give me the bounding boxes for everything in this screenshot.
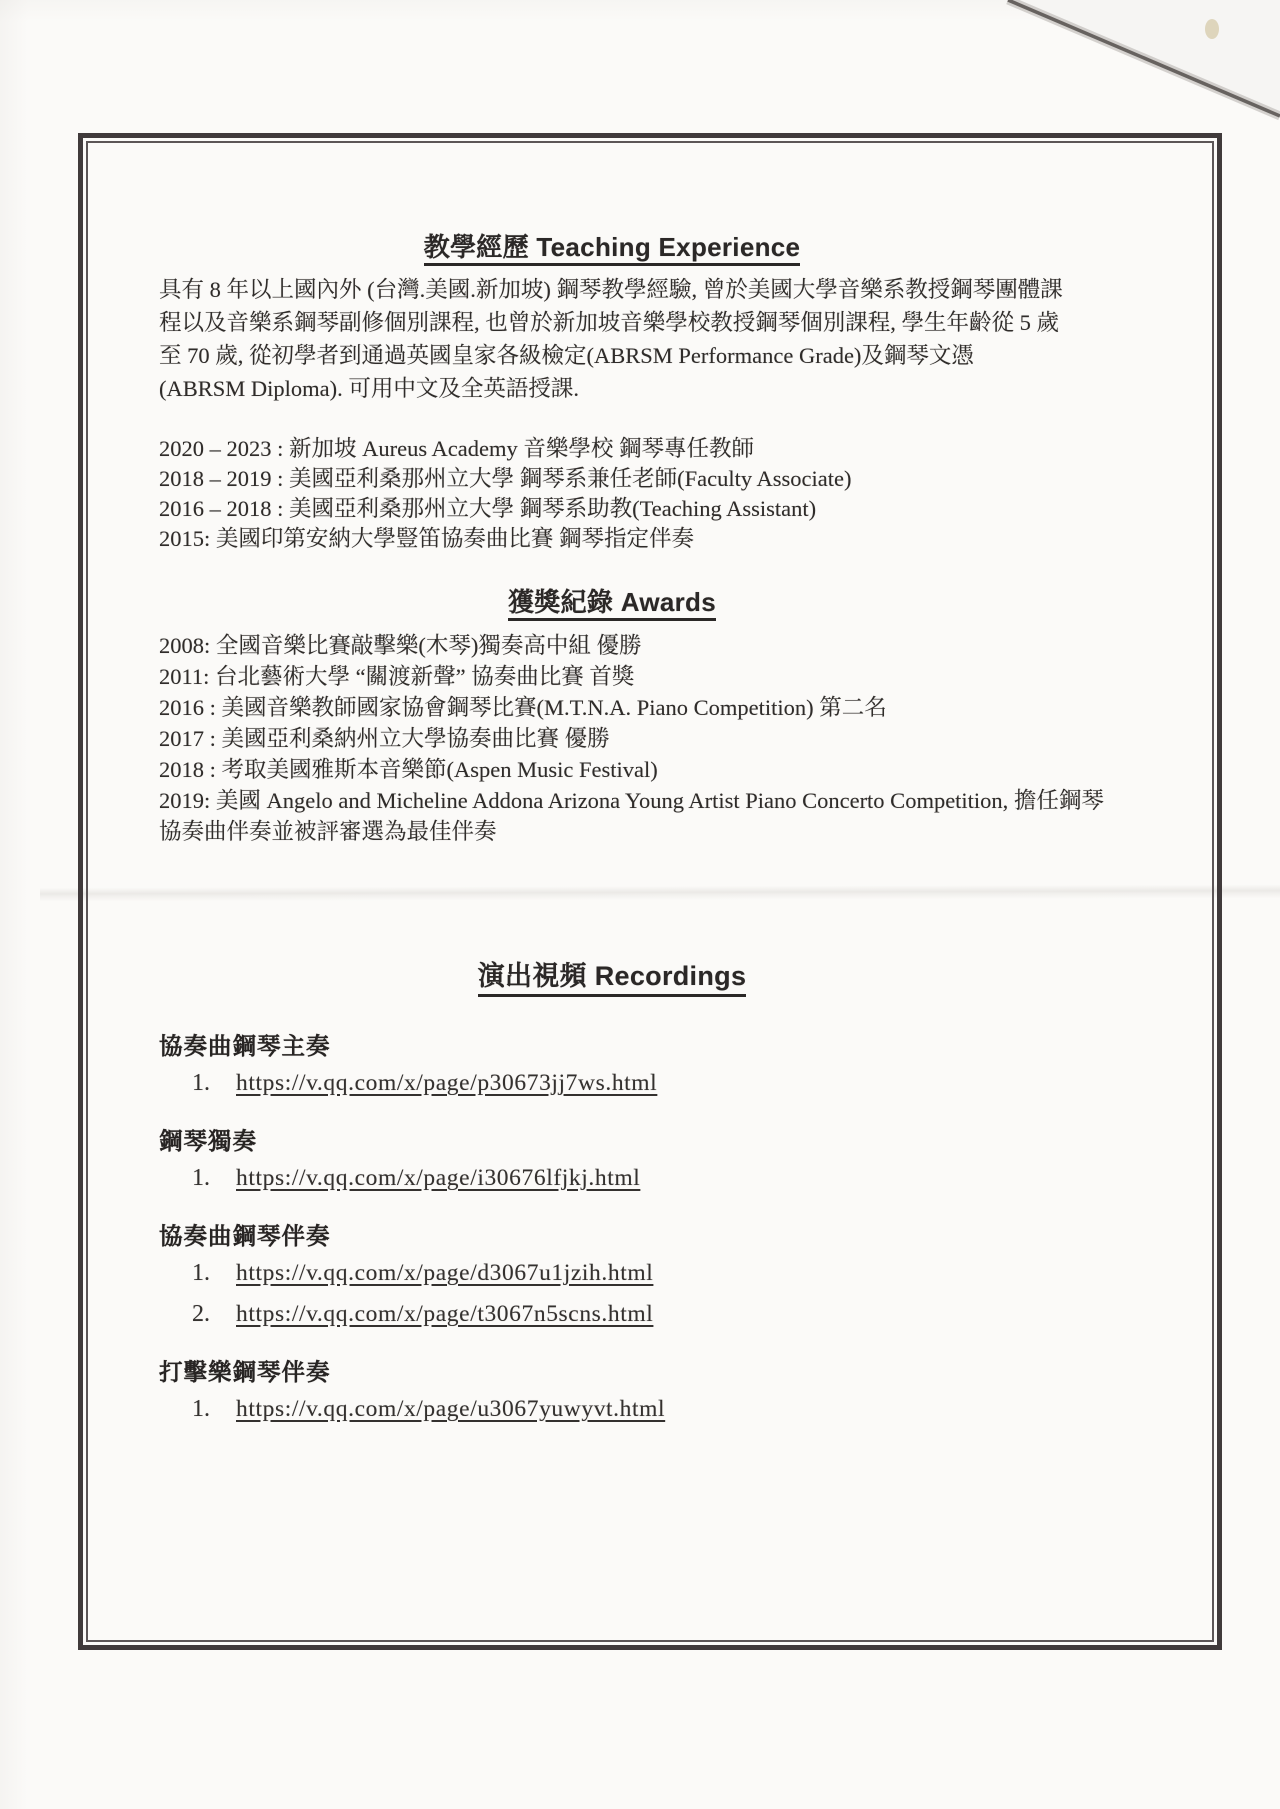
recording-link-row: 1. https://v.qq.com/x/page/p30673jj7ws.h… [159,1070,1065,1097]
recording-link[interactable]: https://v.qq.com/x/page/p30673jj7ws.html [236,1070,657,1097]
recording-link[interactable]: https://v.qq.com/x/page/d3067u1jzih.html [236,1260,653,1287]
awards-heading: 獲獎紀錄 Awards [159,587,1065,621]
recording-link-number: 2. [192,1301,222,1328]
folded-corner [0,0,1280,150]
teaching-section: 教學經歷 Teaching Experience 具有 8 年以上國內外 (台灣… [159,232,1065,554]
scanned-page-content: 教學經歷 Teaching Experience 具有 8 年以上國內外 (台灣… [88,143,1212,1640]
recording-group-title: 鋼琴獨奏 [159,1127,1065,1155]
recording-link-number: 1. [192,1070,222,1097]
position-item: 2018 – 2019 : 美國亞利桑那州立大學 鋼琴系兼任老師(Faculty… [159,464,1065,494]
teaching-intro: 具有 8 年以上國內外 (台灣.美國.新加坡) 鋼琴教學經驗, 曾於美國大學音樂… [159,273,1065,405]
recording-link[interactable]: https://v.qq.com/x/page/t3067n5scns.html [236,1301,653,1328]
recording-link-number: 1. [192,1396,222,1423]
recordings-section: 演出視頻 Recordings 協奏曲鋼琴主奏 1. https://v.qq.… [159,959,1065,1423]
position-item: 2020 – 2023 : 新加坡 Aureus Academy 音樂學校 鋼琴… [159,434,1065,464]
position-item: 2015: 美國印第安納大學豎笛協奏曲比賽 鋼琴指定伴奏 [159,524,1065,554]
page-border-inner: 教學經歷 Teaching Experience 具有 8 年以上國內外 (台灣… [86,141,1214,1642]
recording-link-row: 1. https://v.qq.com/x/page/u3067yuwyvt.h… [159,1396,1065,1423]
recording-group-percussion-accompaniment: 打擊樂鋼琴伴奏 1. https://v.qq.com/x/page/u3067… [159,1358,1065,1423]
recording-link[interactable]: https://v.qq.com/x/page/i30676lfjkj.html [236,1165,640,1192]
awards-section: 獲獎紀錄 Awards 2008: 全國音樂比賽敲擊樂(木琴)獨奏高中組 優勝 … [159,587,1065,847]
recording-group-title: 打擊樂鋼琴伴奏 [159,1358,1065,1386]
awards-list: 2008: 全國音樂比賽敲擊樂(木琴)獨奏高中組 優勝 2011: 台北藝術大學… [159,630,1123,847]
recording-link-row: 2. https://v.qq.com/x/page/t3067n5scns.h… [159,1301,1065,1328]
paper-speck [1205,19,1219,39]
award-item: 2017 : 美國亞利桑納州立大學協奏曲比賽 優勝 [159,723,1123,754]
teaching-heading: 教學經歷 Teaching Experience [159,232,1065,266]
recordings-heading: 演出視頻 Recordings [159,959,1065,997]
teaching-positions-list: 2020 – 2023 : 新加坡 Aureus Academy 音樂學校 鋼琴… [159,434,1065,554]
award-item: 2008: 全國音樂比賽敲擊樂(木琴)獨奏高中組 優勝 [159,630,1123,661]
position-item: 2016 – 2018 : 美國亞利桑那州立大學 鋼琴系助教(Teaching … [159,494,1065,524]
recording-group-piano-solo: 鋼琴獨奏 1. https://v.qq.com/x/page/i30676lf… [159,1127,1065,1192]
award-item: 2011: 台北藝術大學 “關渡新聲” 協奏曲比賽 首獎 [159,661,1123,692]
recording-group-title: 協奏曲鋼琴伴奏 [159,1222,1065,1250]
recording-link-number: 1. [192,1260,222,1287]
award-item: 2018 : 考取美國雅斯本音樂節(Aspen Music Festival) [159,754,1123,785]
recording-link-row: 1. https://v.qq.com/x/page/d3067u1jzih.h… [159,1260,1065,1287]
recording-link-row: 1. https://v.qq.com/x/page/i30676lfjkj.h… [159,1165,1065,1192]
recording-group-title: 協奏曲鋼琴主奏 [159,1032,1065,1060]
recording-group-concerto-solo: 協奏曲鋼琴主奏 1. https://v.qq.com/x/page/p3067… [159,1032,1065,1097]
award-item: 2019: 美國 Angelo and Micheline Addona Ari… [159,785,1123,847]
recording-link-number: 1. [192,1165,222,1192]
award-item: 2016 : 美國音樂教師國家協會鋼琴比賽(M.T.N.A. Piano Com… [159,692,1123,723]
recording-group-concerto-accompaniment: 協奏曲鋼琴伴奏 1. https://v.qq.com/x/page/d3067… [159,1222,1065,1328]
recording-link[interactable]: https://v.qq.com/x/page/u3067yuwyvt.html [236,1396,665,1423]
page-border-outer: 教學經歷 Teaching Experience 具有 8 年以上國內外 (台灣… [78,133,1222,1650]
